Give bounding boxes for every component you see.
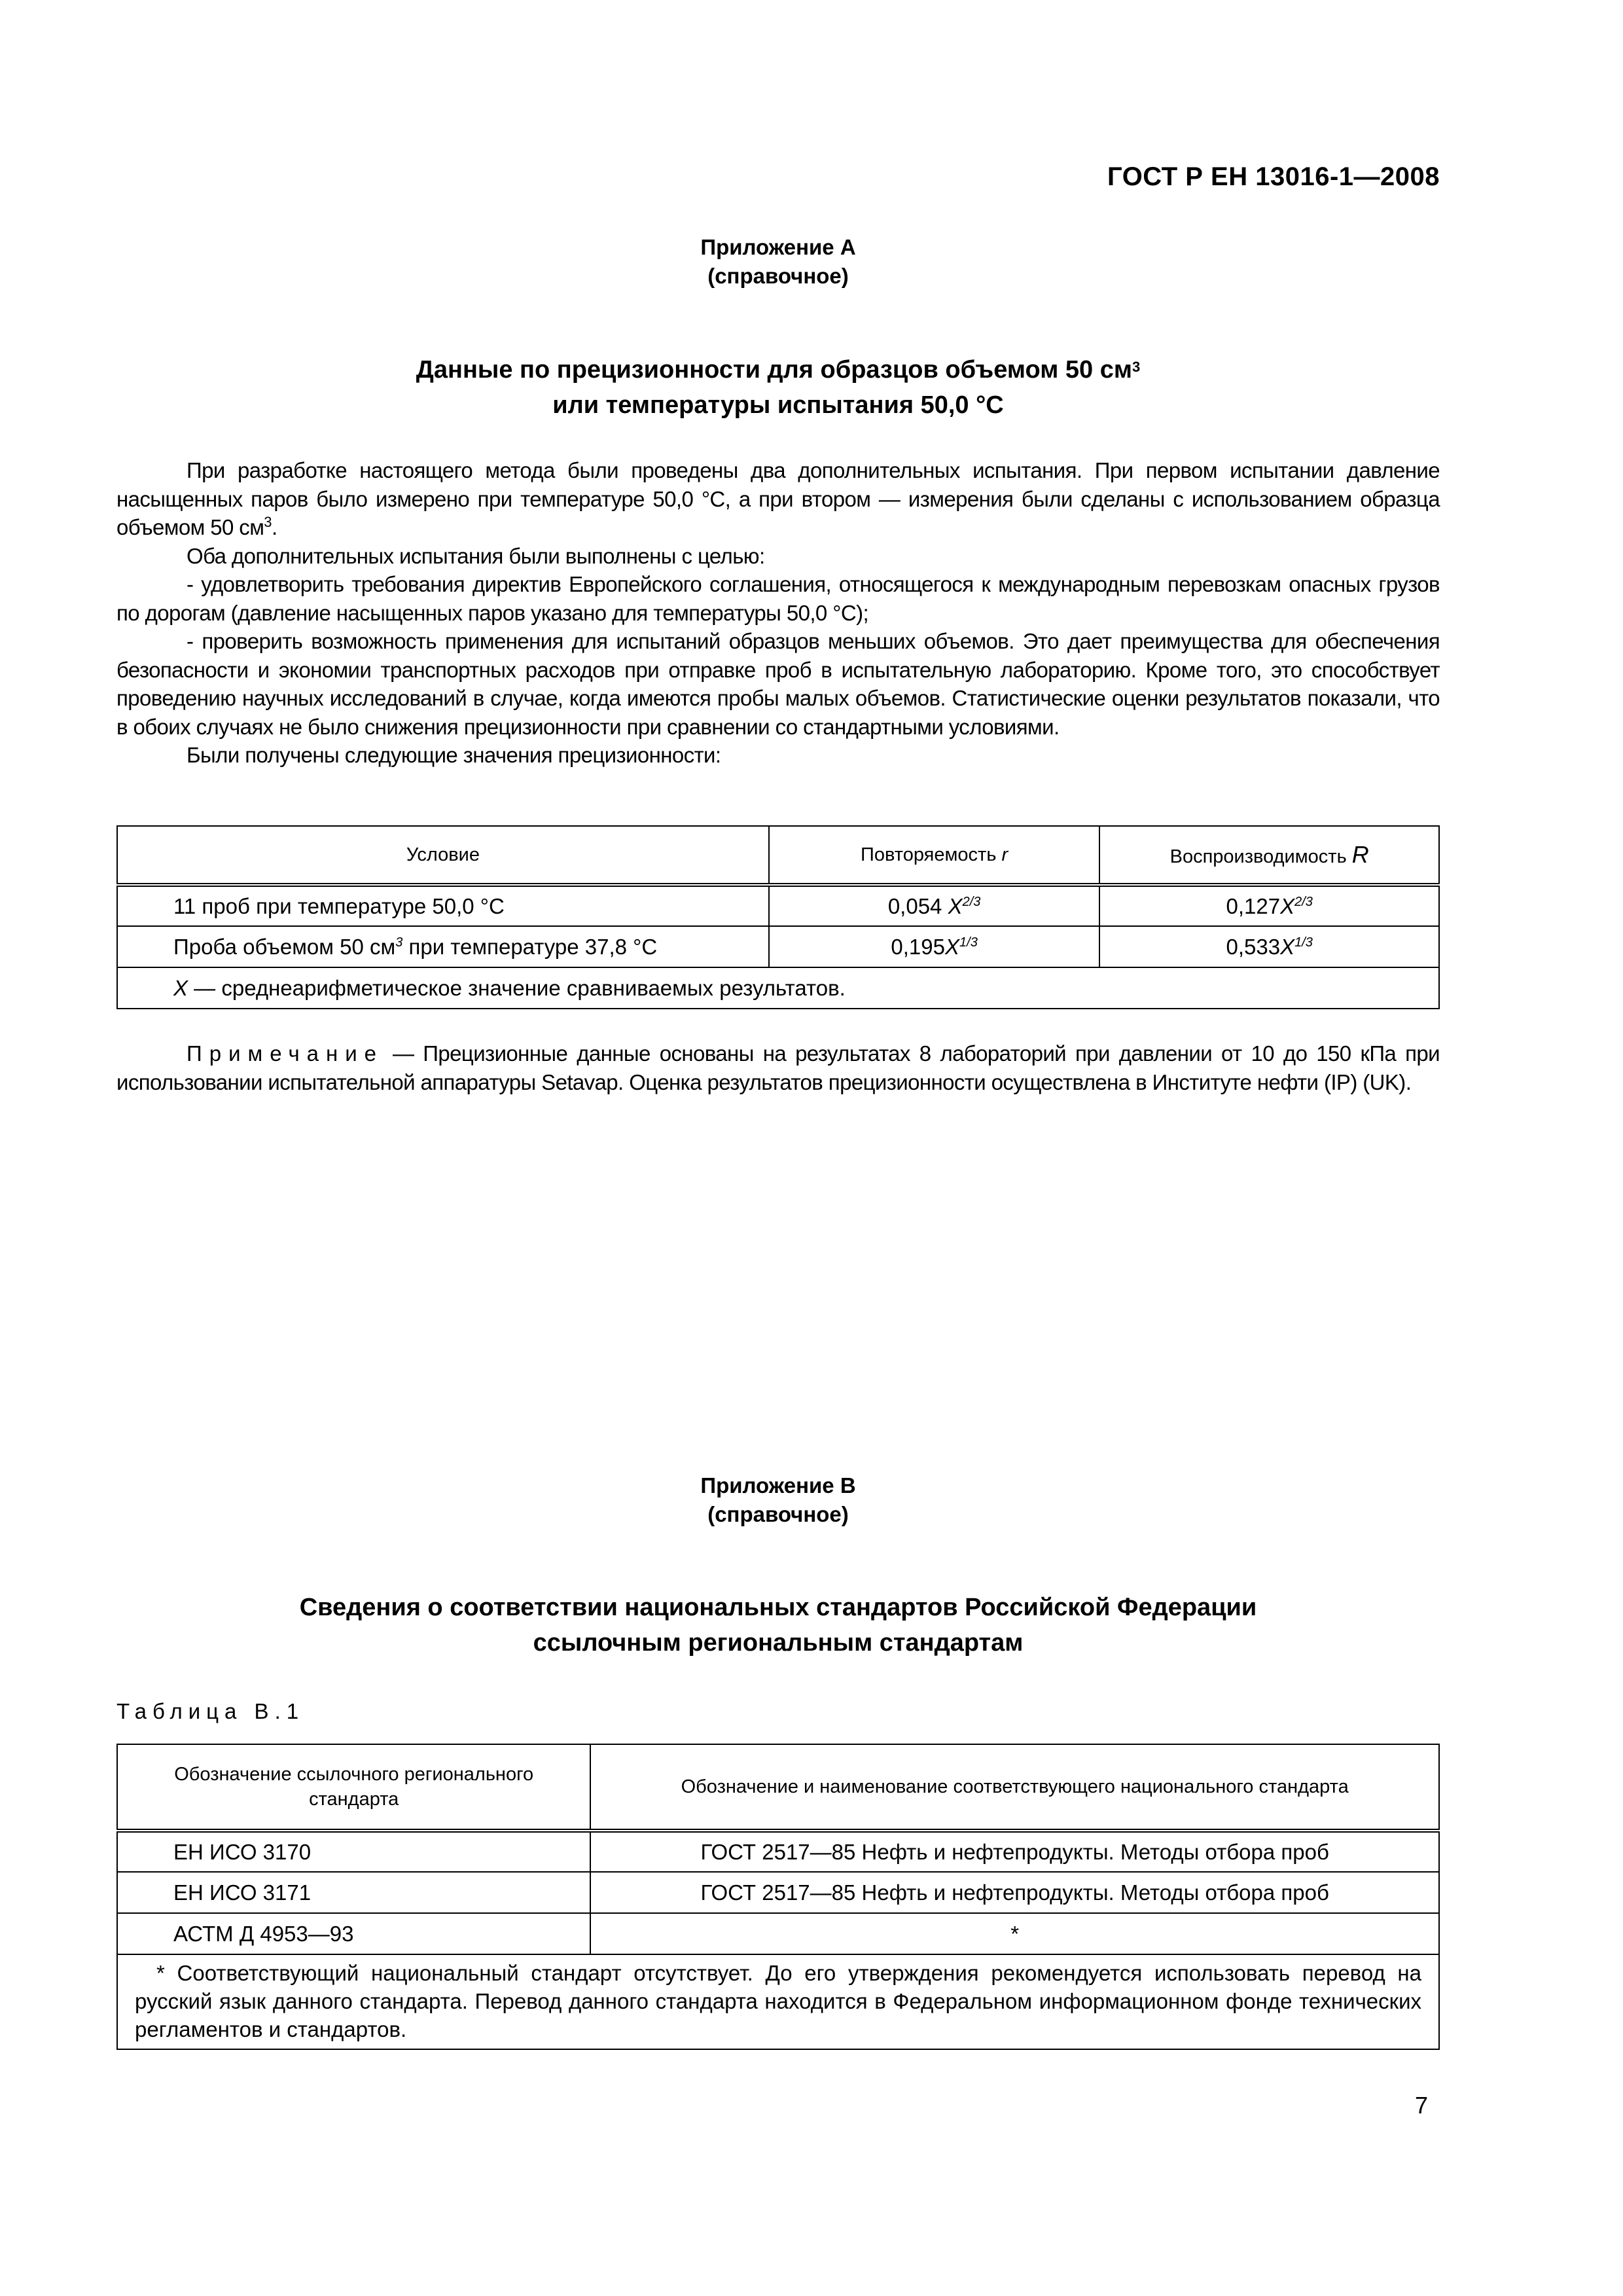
coef: 0,127 [1226,894,1280,918]
note-label: Примечание [187,1041,383,1066]
symbol-r: r [1002,844,1008,865]
appendix-b-label: Приложение В [116,1471,1440,1500]
var: X [1280,894,1294,918]
paragraph-5: Были получены следующие значения прецизи… [116,741,1440,770]
cell-repeatability: 0,195X1/3 [769,926,1100,967]
table-row: ЕН ИСО 3171 ГОСТ 2517—85 Нефть и нефтепр… [117,1872,1439,1913]
appendix-a-title: Данные по прецизионности для образцов об… [116,352,1440,423]
cell-national: * [590,1913,1439,1954]
paragraph-1-text: При разработке настоящего метода были пр… [116,458,1440,539]
table-header-row: Условие Повторяемость r Воспроизводимост… [117,826,1439,885]
cell-national: ГОСТ 2517—85 Нефть и нефтепродукты. Мето… [590,1831,1439,1872]
table-footnote: * Соответствующий национальный стандарт … [117,1954,1439,2049]
header-label: Повторяемость [861,844,1001,865]
coef: 0,195 [891,935,945,959]
var: X [948,894,963,918]
cell-condition: 11 проб при температуре 50,0 °С [117,885,769,926]
standards-correspondence-table: Обозначение ссылочного регионального ста… [116,1744,1440,2050]
coef: 0,054 [888,894,948,918]
appendix-b-title-line2: ссылочным региональным стандартам [116,1625,1440,1660]
table-row: Проба объемом 50 см3 при температуре 37,… [117,926,1439,967]
condition-tail: при температуре 37,8 °С [402,935,657,959]
exponent: 1/3 [1294,935,1313,950]
exponent: 2/3 [963,895,981,909]
appendix-b-status: (справочное) [116,1500,1440,1529]
cell-condition: Проба объемом 50 см3 при температуре 37,… [117,926,769,967]
table-row: ЕН ИСО 3170 ГОСТ 2517—85 Нефть и нефтепр… [117,1831,1439,1872]
cell-regional: ЕН ИСО 3170 [117,1831,590,1872]
footnote-text: * Соответствующий национальный стандарт … [135,1961,1421,2041]
table-note-row: X — среднеарифметическое значение сравни… [117,967,1439,1009]
exponent: 2/3 [1294,895,1313,909]
cell-national: ГОСТ 2517—85 Нефть и нефтепродукты. Мето… [590,1872,1439,1913]
precision-note: Примечание — Прецизионные данные основан… [116,1039,1440,1096]
symbol-R: R [1352,841,1369,868]
appendix-a-heading: Приложение А (справочное) [116,233,1440,291]
page-number: 7 [1415,2092,1428,2119]
cell-repeatability: 0,054 X2/3 [769,885,1100,926]
condition-text: 11 проб при температуре 50,0 °С [173,894,505,918]
header-national-standard: Обозначение и наименование соответствующ… [590,1744,1439,1831]
superscript: 3 [264,514,272,530]
table-row: 11 проб при температуре 50,0 °С 0,054 X2… [117,885,1439,926]
appendix-a-body: При разработке настоящего метода были пр… [116,456,1440,770]
coef: 0,533 [1226,935,1280,959]
appendix-b-heading: Приложение В (справочное) [116,1471,1440,1529]
exponent: 1/3 [959,935,978,950]
list-item-2: - проверить возможность применения для и… [116,627,1440,741]
header-repeatability: Повторяемость r [769,826,1100,885]
cell-reproducibility: 0,533X1/3 [1099,926,1439,967]
header-regional-standard: Обозначение ссылочного регионального ста… [117,1744,590,1831]
appendix-a-title-line2: или температуры испытания 50,0 °С [116,387,1440,423]
appendix-b-title-line1: Сведения о соответствии национальных ста… [116,1590,1440,1625]
table-note: X — среднеарифметическое значение сравни… [117,967,1439,1009]
cell-regional: ЕН ИСО 3171 [117,1872,590,1913]
appendix-a-title-line1: Данные по прецизионности для образцов об… [416,356,1132,384]
var: X [1280,935,1294,959]
table-b1-label: Таблица В.1 [116,1699,304,1724]
list-item-1: - удовлетворить требования директив Евро… [116,570,1440,627]
header-condition: Условие [117,826,769,885]
note-text: — среднеарифметическое значение сравнива… [188,976,846,1000]
paragraph-1-end: . [272,515,277,539]
table-header-row: Обозначение ссылочного регионального ста… [117,1744,1439,1831]
var: X [173,976,188,1000]
superscript: 3 [395,935,402,950]
header-reproducibility: Воспроизводимость R [1099,826,1439,885]
cell-regional: АСТМ Д 4953—93 [117,1913,590,1954]
table-row: АСТМ Д 4953—93 * [117,1913,1439,1954]
appendix-a-label: Приложение А [116,233,1440,262]
condition-text: Проба объемом 50 см [173,935,395,959]
precision-table: Условие Повторяемость r Воспроизводимост… [116,825,1440,1009]
table-footnote-row: * Соответствующий национальный стандарт … [117,1954,1439,2049]
header-label: Воспроизводимость [1170,846,1352,867]
superscript: 3 [1132,359,1140,375]
paragraph-2: Оба дополнительных испытания были выполн… [116,542,1440,571]
paragraph-1: При разработке настоящего метода были пр… [116,456,1440,542]
document-code: ГОСТ Р ЕН 13016-1—2008 [1107,162,1440,192]
cell-reproducibility: 0,127X2/3 [1099,885,1439,926]
appendix-a-status: (справочное) [116,262,1440,291]
var: X [945,935,959,959]
appendix-b-title: Сведения о соответствии национальных ста… [116,1590,1440,1660]
